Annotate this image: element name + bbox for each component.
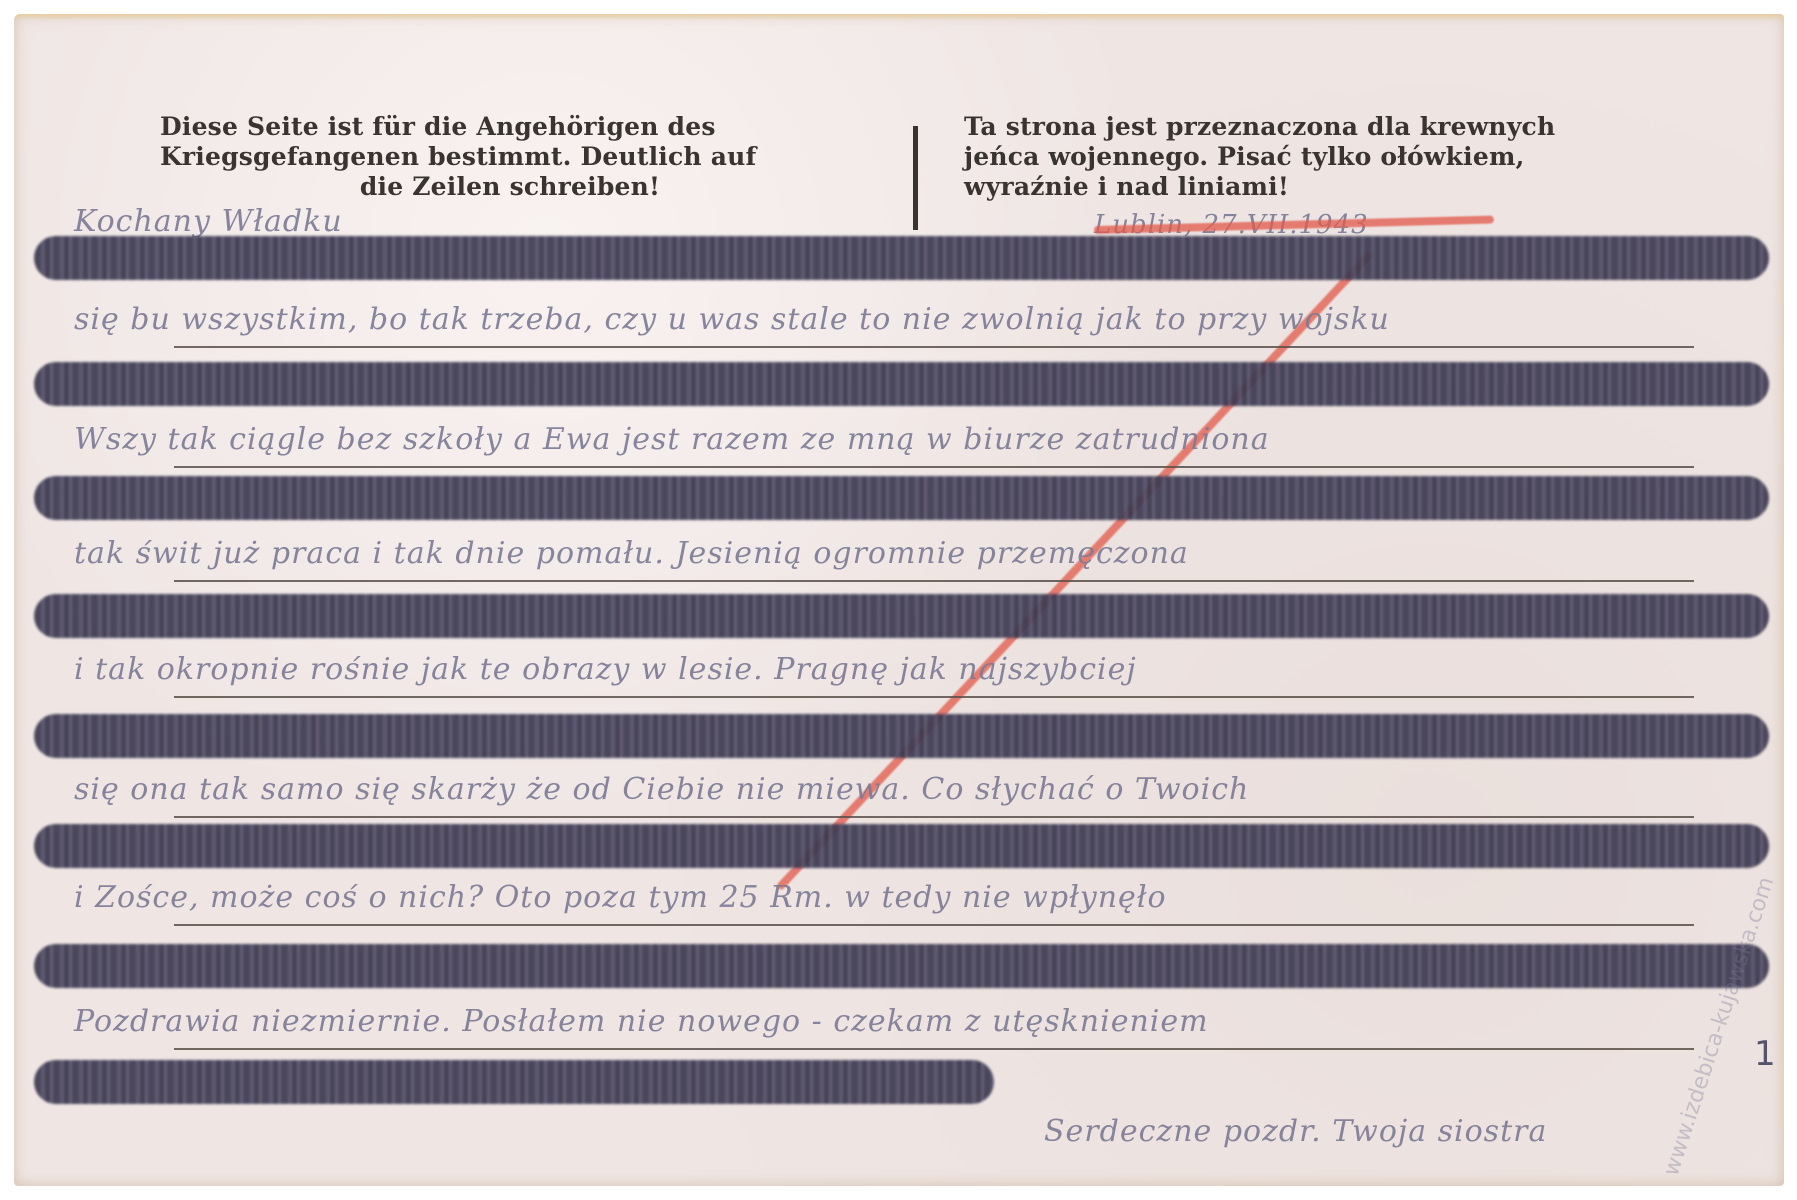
salutation: Kochany Władku	[74, 204, 343, 239]
handwritten-line: Wszy tak ciągle bez szkoły a Ewa jest ra…	[74, 422, 1270, 457]
page-mark: 1	[1754, 1034, 1776, 1074]
postcard: Diese Seite ist für die Angehörigen des …	[14, 14, 1784, 1186]
ruled-line	[174, 924, 1694, 926]
header-german-line2: Kriegsgefangenen bestimmt. Deutlich auf	[160, 142, 756, 171]
ruled-line	[174, 466, 1694, 468]
ruled-line	[174, 1048, 1694, 1050]
header-polish-line1: Ta strona jest przeznaczona dla krewnych	[964, 112, 1555, 141]
ruled-line	[174, 580, 1694, 582]
ruled-line	[174, 696, 1694, 698]
handwritten-line: i Zośce, może coś o nich? Oto poza tym 2…	[74, 880, 1167, 915]
censor-bar	[34, 714, 1769, 758]
header-divider	[913, 126, 918, 230]
censor-bar	[34, 594, 1769, 638]
censor-bar	[34, 824, 1769, 868]
header-german-line1: Diese Seite ist für die Angehörigen des	[160, 112, 716, 141]
censor-bar	[34, 944, 1769, 988]
header-polish-line3: wyraźnie i nad liniami!	[964, 172, 1679, 202]
handwritten-line: się ona tak samo się skarży że od Ciebie…	[74, 772, 1249, 807]
header-german-line3: die Zeilen schreiben!	[160, 172, 860, 202]
censor-bar	[34, 1060, 994, 1104]
handwritten-line: i tak okropnie rośnie jak te obrazy w le…	[74, 652, 1137, 687]
censor-bar	[34, 362, 1769, 406]
handwritten-line: się bu wszystkim, bo tak trzeba, czy u w…	[74, 302, 1390, 337]
ruled-line	[174, 816, 1694, 818]
header-polish-line2: jeńca wojennego. Pisać tylko ołówkiem,	[964, 142, 1525, 171]
ruled-line	[174, 346, 1694, 348]
header-german: Diese Seite ist für die Angehörigen des …	[160, 112, 860, 202]
handwritten-line: Serdeczne pozdr. Twoja siostra	[1044, 1114, 1547, 1149]
handwritten-line: Pozdrawia niezmiernie. Posłałem nie nowe…	[74, 1004, 1209, 1039]
handwritten-line: tak świt już praca i tak dnie pomału. Je…	[74, 536, 1189, 571]
censor-bar	[34, 476, 1769, 520]
watermark: www.izdebica-kujawska.com	[1659, 874, 1779, 1179]
header-polish: Ta strona jest przeznaczona dla krewnych…	[964, 112, 1679, 202]
censor-bar	[34, 236, 1769, 280]
